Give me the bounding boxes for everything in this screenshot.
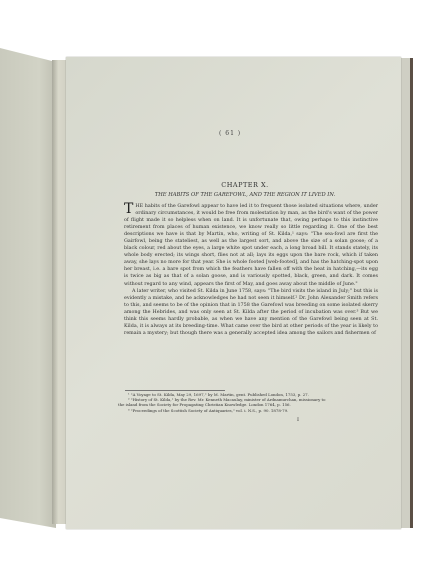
paragraph: THE habits of the Garefowl appear to hav… (124, 203, 378, 288)
left-page (0, 48, 56, 528)
footnote: ³ "Proceedings of the Scottish Society o… (118, 408, 380, 413)
chapter-subtitle: THE HABITS OF THE GAREFOWL, AND THE REGI… (100, 192, 390, 198)
footnotes: ¹ "A Voyage to St. Kilda, May 29, 1697,"… (118, 392, 380, 413)
chapter-heading: CHAPTER X. (100, 181, 390, 189)
page-number: ( 61 ) (219, 130, 241, 137)
paragraph: A later writer, who visited St. Kilda in… (124, 288, 378, 337)
signature-mark: I (297, 417, 299, 423)
drop-cap: T (124, 204, 133, 215)
body-text: THE habits of the Garefowl appear to hav… (124, 203, 378, 337)
footnote-rule (125, 390, 225, 391)
